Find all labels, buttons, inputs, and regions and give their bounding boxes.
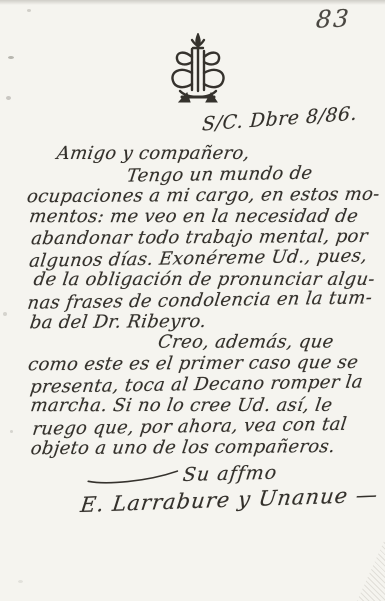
letter-line: Creo, además, que xyxy=(157,331,378,352)
paper-speck xyxy=(10,430,13,433)
flourish-swash-icon xyxy=(86,468,180,484)
page-corner-texture xyxy=(357,539,385,601)
paper-speck xyxy=(27,9,31,12)
letter-line: presenta, toca al Decano romper la xyxy=(29,371,378,397)
letter-line: ba del Dr. Ribeyro. xyxy=(29,310,378,333)
letter-line: Tengo un mundo de xyxy=(125,162,376,187)
monogram-cipher-icon xyxy=(166,33,230,107)
signature: E. Larrabure y Unanue — xyxy=(79,483,379,517)
letter-line: de la obligación de pronunciar algu- xyxy=(32,269,377,290)
paper-speck xyxy=(18,580,23,583)
letter-line: marcha. Si no lo cree Ud. así, le xyxy=(29,395,378,416)
paper-speck xyxy=(8,56,14,59)
greeting: Amigo y compañero, xyxy=(55,143,376,164)
letter-line: objeto a uno de los compañeros. xyxy=(29,436,378,459)
letter-line: ocupaciones a mi cargo, en estos mo- xyxy=(26,184,377,207)
letter-line: mentos: me veo en la necesidad de xyxy=(28,206,377,227)
paper-speck xyxy=(6,96,11,100)
letter-line: algunos días. Exonéreme Ud., pues, xyxy=(28,245,377,271)
paper-speck xyxy=(3,312,7,316)
dateline: S/C. Dbre 8/86. xyxy=(201,103,357,136)
page-number: 83 xyxy=(315,4,351,33)
letter-body: Amigo y compañero, Tengo un mundo de ocu… xyxy=(27,142,378,513)
scanned-letter-page: 83 xyxy=(0,0,385,601)
closing: Su affmo xyxy=(182,462,279,486)
